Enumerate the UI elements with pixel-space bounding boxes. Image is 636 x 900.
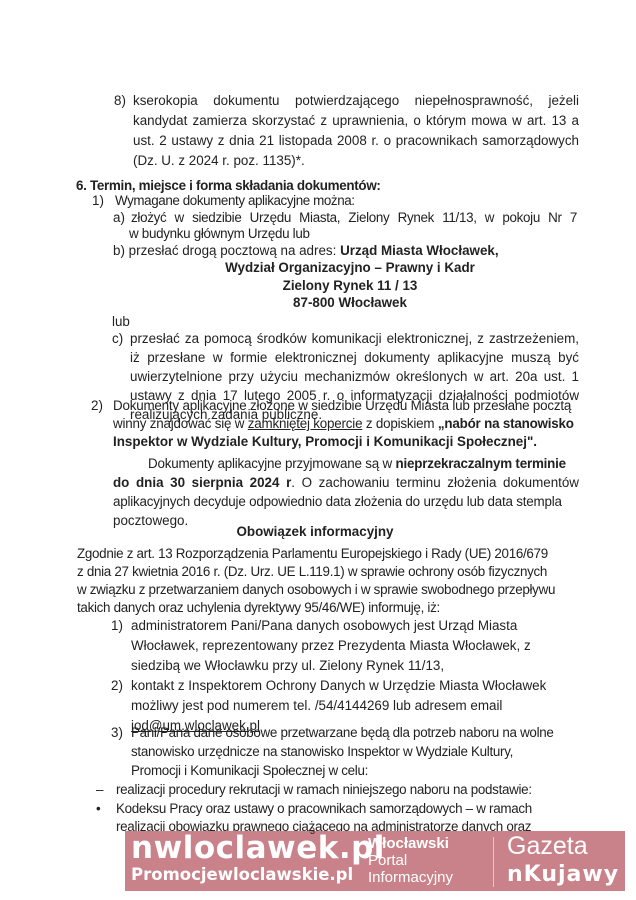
item-8-line: ust. 2 ustawy z dnia 21 listopada 2008 r… [133, 131, 579, 150]
option-c-line: uwierzytelnione przy użyciu mechanizmów … [130, 367, 579, 386]
item-8-line: (Dz. U. z 2024 r. poz. 1135)*. [133, 151, 305, 170]
option-b-text: przesłać drogą pocztową na adres: [129, 243, 340, 258]
watermark-site-promocje: Promocjewloclawskie.pl [131, 864, 353, 886]
position-title: Inspektor w Wydziale Kultury, Promocji i… [113, 432, 537, 451]
option-a-label: a) [113, 209, 125, 227]
option-b-label: b) [113, 243, 125, 258]
portal-line: Informacyjny [368, 869, 453, 886]
p2-line: winny znajdować się w zamkniętej koperci… [113, 414, 574, 433]
item-8-line: kserokopia dokumentu potwierdzającego ni… [133, 91, 579, 110]
info-item-line: kontakt z Inspektorem Ochrony Danych w U… [131, 676, 546, 695]
p2-bold-text: „nabór na stanowisko [438, 416, 574, 431]
watermark-portal: Włocławski Portal Informacyjny [368, 835, 453, 886]
deadline-text: . O zachowaniu terminu złożenia dokument… [291, 475, 579, 490]
section-6-p1-text: Wymagane dokumenty aplikacyjne można: [115, 192, 355, 210]
watermark-kujawy: nKujawy [507, 862, 619, 888]
info-intro-line: Zgodnie z art. 13 Rozporządzenia Parlame… [77, 545, 548, 563]
option-c-line: przesłać za pomocą środków komunikacji e… [130, 329, 579, 348]
p2-text: z dopiskiem [362, 416, 438, 431]
info-item-line: administratorem Pani/Pana danych osobowy… [131, 616, 517, 635]
item-number: 2) [111, 676, 123, 695]
item-number: 3) [111, 724, 123, 742]
item-number: 1) [92, 192, 104, 210]
info-item-line: Włocławek, reprezentowany przez Prezyden… [131, 636, 531, 655]
p2-line: Dokumenty aplikacyjne złożone w siedzibi… [113, 396, 571, 415]
address-line: Wydział Organizacyjno – Prawny i Kadr [200, 258, 500, 277]
deadline-date: do dnia 30 sierpnia 2024 r [113, 475, 291, 490]
watermark-banner: nwloclawek.pl Promocjewloclawskie.pl Wło… [125, 831, 625, 891]
dash-item-text: realizacji procedury rekrutacji w ramach… [116, 781, 532, 799]
option-c-label: c) [112, 329, 123, 348]
address-line: Urząd Miasta Włocławek, [340, 243, 499, 258]
portal-line: Portal [368, 852, 453, 869]
deadline-line: aplikacyjnych decyduje odpowiednio data … [113, 492, 562, 511]
info-intro-line: w związku z przetwarzaniem danych osobow… [77, 581, 555, 599]
page-number: 3 [310, 826, 315, 836]
info-item-line: stanowisko urzędnicze na stanowisko Insp… [131, 743, 513, 761]
deadline-text: Dokumenty aplikacyjne przyjmowane są w [148, 456, 395, 471]
item-number: 2) [91, 396, 103, 415]
deadline-line: do dnia 30 sierpnia 2024 r. O zachowaniu… [113, 473, 579, 492]
info-item-line: Promocji i Komunikacji Społecznej w celu… [131, 762, 368, 780]
watermark-gazeta: Gazeta [507, 832, 588, 860]
info-heading: Obowiązek informacyjny [150, 523, 480, 541]
watermark-site-nwloclawek: nwloclawek.pl [131, 831, 385, 865]
deadline-line: Dokumenty aplikacyjne przyjmowane są w n… [148, 454, 566, 473]
deadline-bold: nieprzekraczalnym terminie [395, 456, 565, 471]
p2-text: winny znajdować się w [113, 416, 248, 431]
sealed-envelope-text: zamkniętej kopercie [248, 416, 363, 431]
item-number: 8) [114, 91, 126, 110]
watermark-divider [493, 837, 494, 887]
info-item-line: możliwy jest pod numerem tel. /54/414426… [131, 696, 502, 715]
item-8-line: kandydat zamierza skorzystać z uprawnien… [133, 111, 579, 130]
info-intro-line: takich danych oraz uchylenia dyrektywy 9… [77, 599, 440, 617]
bullet-item-line: Kodeksu Pracy oraz ustawy o pracownikach… [116, 800, 532, 818]
portal-line: Włocławski [368, 835, 453, 852]
bullet-marker: • [96, 800, 101, 818]
dash-marker: – [96, 781, 103, 799]
info-item-line: siedzibą we Włocławku przy ul. Zielony R… [131, 656, 444, 675]
option-c-line: iż przesłane w formie elektronicznej dok… [130, 348, 579, 367]
address-line: 87-800 Włocławek [200, 293, 500, 312]
info-intro-line: z dnia 27 kwietnia 2016 r. (Dz. Urz. UE … [77, 563, 547, 581]
item-number: 1) [111, 616, 123, 635]
info-item-line: Pani/Pana dane osobowe przetwarzane będą… [131, 724, 554, 742]
